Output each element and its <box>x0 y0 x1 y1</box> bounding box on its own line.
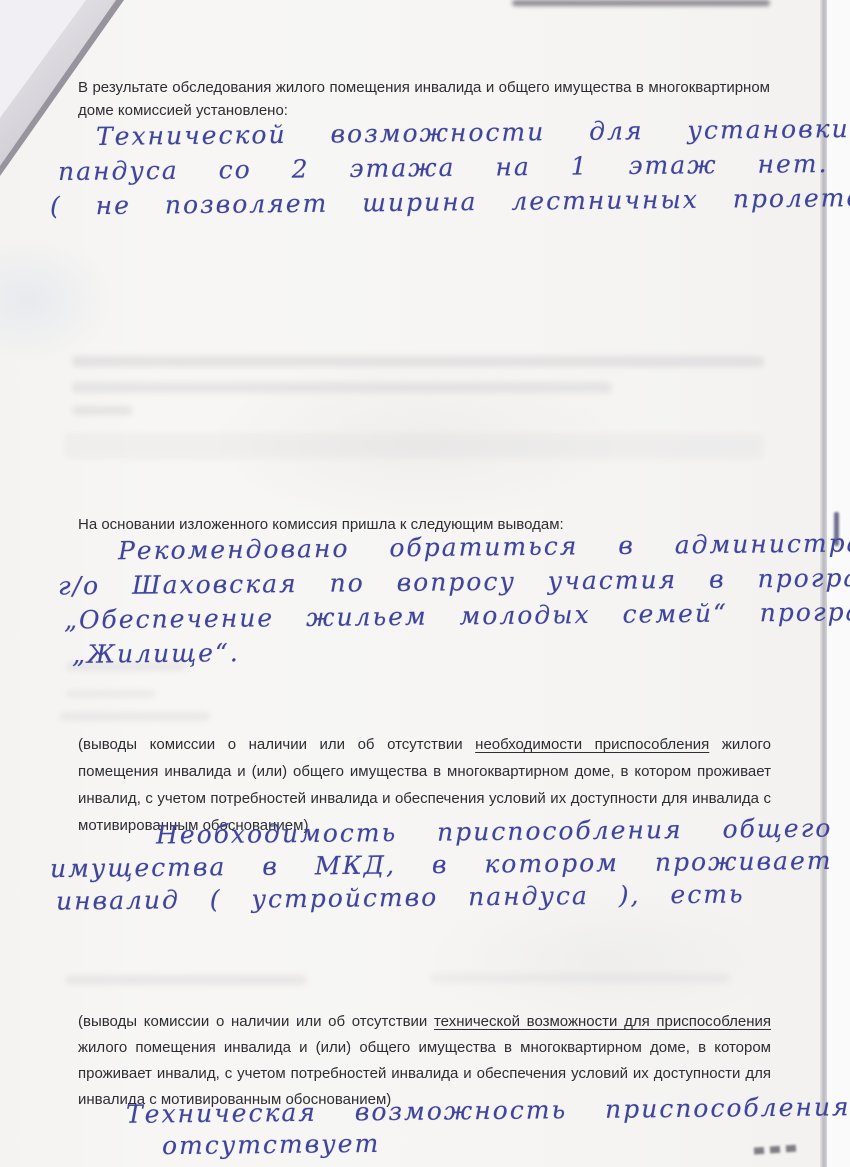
bleedthrough-artifact <box>72 382 612 393</box>
bleedthrough-artifact <box>430 973 730 983</box>
necessity-caption-underlined: необходимости приспособления <box>475 736 709 753</box>
scanned-document-page: В результате обследования жилого помещен… <box>0 0 850 1167</box>
handwritten-line-feasibility-2: отсутствует <box>162 1129 381 1160</box>
scan-smudge-bottom-right <box>754 1144 800 1154</box>
handwritten-line-necessity-3: инвалид ( устройство пандуса ), есть <box>56 879 745 915</box>
handwritten-line-necessity-1: Необходимость приспособления общего <box>156 813 833 849</box>
feasibility-caption-text: (выводы комиссии о наличии или об отсутс… <box>78 1013 434 1030</box>
handwritten-line-conclusions-2: г/о Шаховская по вопросу участия в прогр… <box>58 562 850 600</box>
necessity-caption-text: (выводы комиссии о наличии или об отсутс… <box>78 736 475 753</box>
bleedthrough-artifact <box>66 975 306 985</box>
bleedthrough-artifact <box>72 356 764 367</box>
feasibility-caption-underlined: технической возможности для приспособлен… <box>434 1013 771 1030</box>
handwritten-line-survey-3: ( не позволяет ширина лестничных пролето… <box>50 182 850 220</box>
bleedthrough-artifact <box>60 712 210 721</box>
bleedthrough-artifact <box>64 433 764 459</box>
bleedthrough-artifact <box>66 690 156 698</box>
bleedthrough-artifact <box>72 406 132 415</box>
handwritten-line-survey-2: пандуса со 2 этажа на 1 этаж нет. <box>58 149 829 186</box>
handwritten-line-necessity-2: имущества в МКД, в котором проживает <box>50 846 833 883</box>
handwritten-line-conclusions-4: „Жилище“. <box>72 638 240 669</box>
handwritten-line-conclusions-3: „Обеспечение жильем молодых семей“ прогр… <box>64 596 850 634</box>
handwritten-line-feasibility-1: Техническая возможность приспособления <box>126 1092 850 1129</box>
scan-smudge-top <box>512 0 770 6</box>
